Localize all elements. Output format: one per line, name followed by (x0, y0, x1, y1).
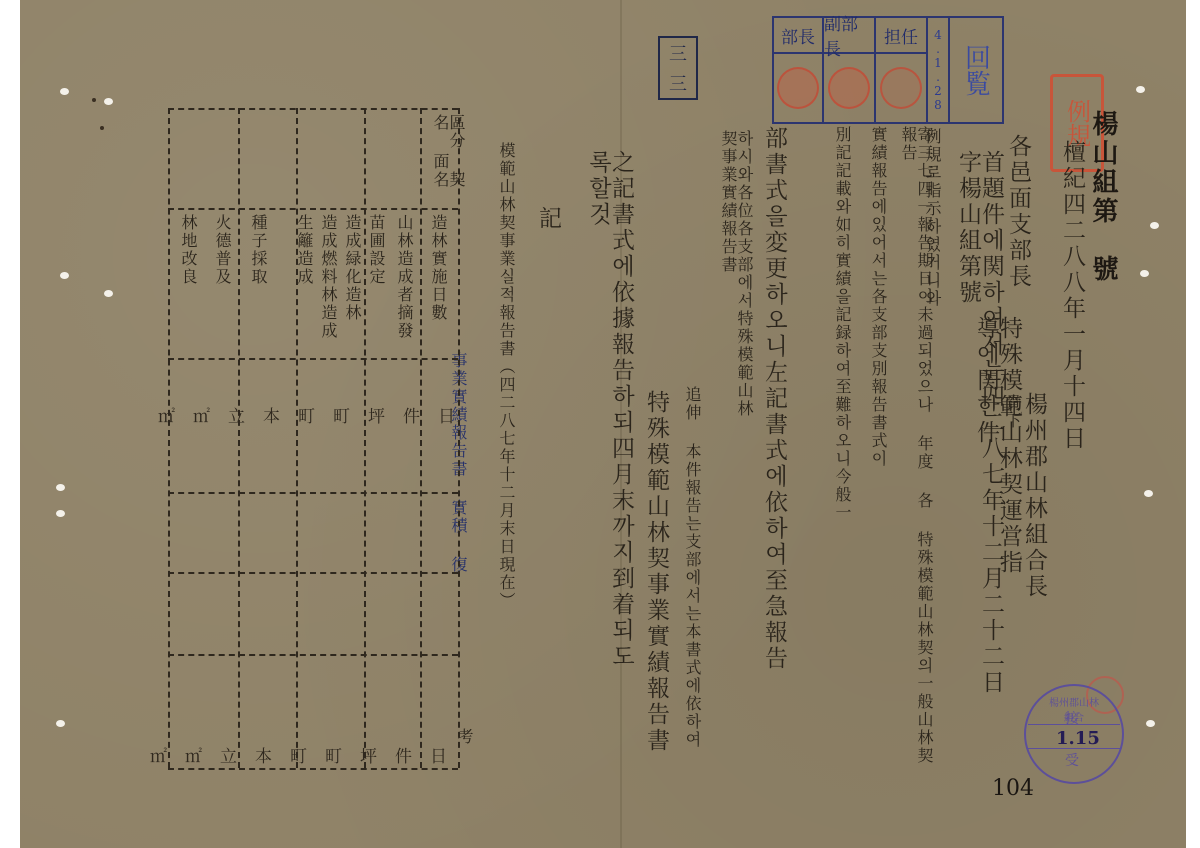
unit-cell: ㎡ (158, 407, 193, 427)
body-column: 追伸 本件報告는支部에서는本書式에依하여 (684, 386, 700, 776)
approval-seal-cell (876, 54, 928, 122)
ledger-column-label: 苗圃設定 (368, 214, 384, 354)
ledger-column-label: 造林實施日數 (430, 214, 446, 354)
unit-cell: 日 (438, 407, 473, 427)
paper-hole (1144, 490, 1153, 497)
receipt-label-top: 接 (1065, 708, 1079, 728)
doc-number: 楊山組第 號 (1090, 110, 1116, 284)
ledger-column-label: 種子採取 (250, 214, 266, 354)
red-seal-icon (880, 67, 922, 109)
unit-cell: 町 (298, 407, 333, 427)
ledger-rule (168, 768, 458, 770)
approval-seal-cell (824, 54, 876, 122)
unit-cell: 坪 (368, 407, 403, 427)
ledger-column-label: 生籬造成 (296, 214, 312, 354)
section-mark-bottom: 三 (669, 70, 687, 96)
paper-hole (1146, 720, 1155, 727)
paper-hole (56, 510, 65, 517)
section-mark: 三 三 (658, 36, 698, 100)
section-mark-top: 三 (669, 40, 687, 66)
body-column: 部書式을変更하오니左記書式에依하여至急報告 (762, 126, 785, 766)
paper-hole (60, 272, 69, 279)
body-column: 實績報告에있어서는各支部支別報告書式이 (870, 126, 886, 766)
unit-cell: 立 (228, 407, 263, 427)
ledger-column-label: 造成緑化造林 (344, 214, 360, 354)
unit-cell: 町 (333, 407, 368, 427)
approval-seal-cell (774, 54, 824, 122)
receipt-divider (1028, 748, 1120, 749)
paper-hole (1150, 222, 1159, 229)
ledger-rule (420, 108, 422, 768)
sender: 楊州郡山林組合長 (1022, 392, 1045, 600)
unit-cell: 本 (255, 747, 290, 767)
unit-cell: 日 (430, 747, 465, 767)
ledger-rule (168, 654, 458, 656)
red-seal-icon (828, 67, 870, 109)
unit-cell: ㎡ (150, 747, 185, 767)
unit-cell: 件 (403, 407, 438, 427)
approval-header-staff: 担任 (876, 18, 928, 54)
ledger-rule (168, 492, 458, 494)
red-seal-icon (777, 67, 819, 109)
ledger-table: 區分 契名 面名 造林實施日數 山林造成者摘發 苗圃設定 造成緑化造林 造成燃料… (168, 108, 458, 768)
unit-cell: ㎡ (193, 407, 228, 427)
ledger-rule (168, 572, 458, 574)
ledger-rule (364, 108, 366, 768)
receipt-stamp: 楊州郡山林組合 接 1.15 受 (1024, 684, 1124, 784)
paper-hole (1136, 86, 1145, 93)
paper-hole (1140, 270, 1149, 277)
body-column: 하시와各位各支部에서特殊模範山林契事業實績報告書 (720, 130, 752, 430)
unit-cell: 件 (395, 747, 430, 767)
ledger-rule (168, 108, 458, 110)
body-column: 別記記載와如히實績을記録하여至難하오니今般一 (834, 126, 850, 766)
ledger-rule (168, 108, 170, 768)
body-left-column: 記 (536, 206, 559, 232)
ink-speck (100, 126, 104, 130)
paper-hole (60, 88, 69, 95)
approval-header-director: 部長 (774, 18, 824, 54)
ledger-column-label: 造成燃料林造成 (320, 214, 336, 354)
body-left-column: 模範山林契事業실적報告書（四二八七年十二月末日現在） (498, 142, 514, 742)
approval-read-mark: 回覧 (950, 18, 1002, 122)
ledger-column-label: 林地改良 (180, 214, 196, 354)
ledger-header-cell: 區分 契名 面名 (432, 114, 464, 204)
approval-box: 部長 副部長 担任 4.1.28 回覧 (772, 16, 1004, 124)
paper-hole (56, 720, 65, 727)
approval-date: 4.1.28 (928, 18, 950, 122)
unit-cell: 坪 (360, 747, 395, 767)
body-column: 特殊模範山林契事業實績報告書 (644, 390, 667, 780)
ledger-remark: 考 (456, 728, 472, 746)
recipient: 各邑面支部長 (1006, 134, 1029, 290)
body-column: 寄三七四一報告期日이未過되었으나 年度 各 特殊模範山林契의一般山林契報告 (900, 126, 932, 766)
ledger-units-row: ㎡㎡立本町町坪件日 (150, 742, 465, 767)
ledger-rule (458, 108, 460, 768)
unit-cell: 本 (263, 407, 298, 427)
ledger-units-row: ㎡㎡立本町町坪件日 (158, 402, 473, 427)
unit-cell: ㎡ (185, 747, 220, 767)
ink-speck (92, 98, 96, 102)
ledger-column-label: 火德普及 (214, 214, 230, 354)
doc-date: 檀紀四二八八年一月十四日 (1060, 140, 1083, 480)
ledger-rule (238, 108, 240, 768)
ledger-rule (168, 208, 458, 210)
paper-hole (104, 98, 113, 105)
unit-cell: 町 (290, 747, 325, 767)
paper-hole (56, 484, 65, 491)
ledger-rule (296, 108, 298, 768)
page-number: 104 (992, 776, 1034, 801)
receipt-label-bottom: 受 (1065, 750, 1079, 770)
body-left-column: 之記書式에依據報告하되四月末까지到着되도록할것 (586, 150, 632, 690)
unit-cell: 立 (220, 747, 255, 767)
receipt-number: 1.15 (1056, 728, 1100, 749)
unit-cell: 町 (325, 747, 360, 767)
ledger-column-label: 山林造成者摘發 (396, 214, 412, 354)
document-sheet: 三 三 部長 副部長 担任 4.1.28 回覧 例規 楊山組第 號 檀紀四二八八… (20, 0, 1186, 848)
paper-hole (104, 290, 113, 297)
body-column: 特殊模範山林契運営指導에関한件 (974, 316, 1020, 596)
ledger-rule (168, 358, 458, 360)
approval-header-deputy: 副部長 (824, 18, 876, 54)
